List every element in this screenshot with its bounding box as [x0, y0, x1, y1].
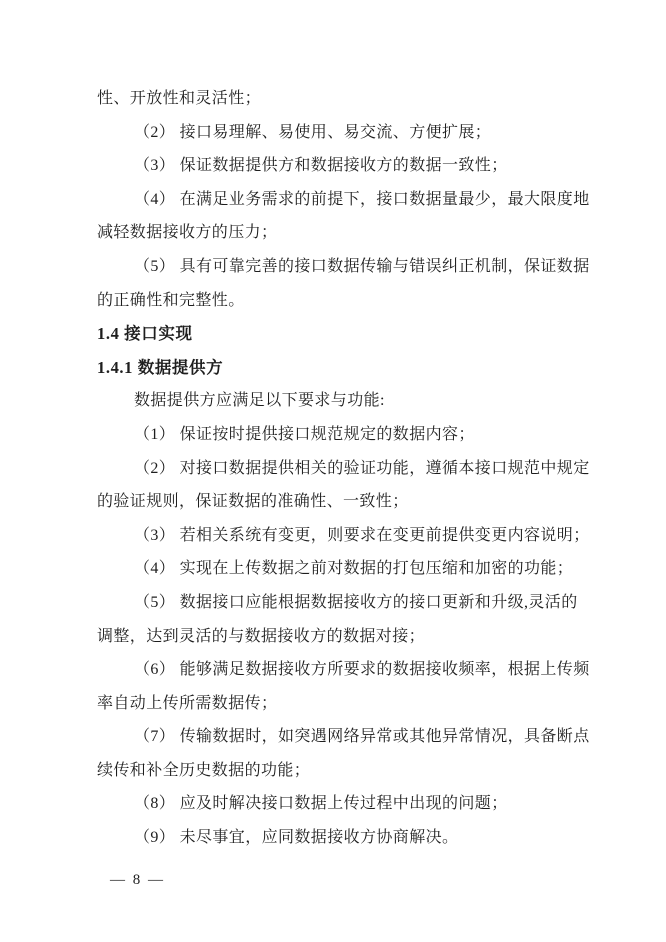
list-item-3: （3） 保证数据提供方和数据接收方的数据一致性； — [97, 149, 575, 183]
section-heading-1-4-1: 1.4.1 数据提供方 — [97, 351, 575, 385]
req-item-6-wrap: 率自动上传所需数据传； — [97, 687, 575, 721]
text-line-continued: 性、开放性和灵活性； — [97, 82, 575, 116]
req-item-8: （8） 应及时解决接口数据上传过程中出现的问题； — [97, 787, 575, 821]
req-item-9: （9） 未尽事宜，应同数据接收方协商解决。 — [97, 821, 575, 855]
req-item-3: （3） 若相关系统有变更，则要求在变更前提供变更内容说明； — [97, 519, 575, 553]
req-item-6: （6） 能够满足数据接收方所要求的数据接收频率，根据上传频 — [97, 653, 575, 687]
document-body: 性、开放性和灵活性； （2） 接口易理解、易使用、易交流、方便扩展； （3） 保… — [97, 82, 575, 855]
document-page: 性、开放性和灵活性； （2） 接口易理解、易使用、易交流、方便扩展； （3） 保… — [0, 0, 666, 942]
list-item-4: （4） 在满足业务需求的前提下，接口数据量最少，最大限度地 — [97, 183, 575, 217]
req-item-5: （5） 数据接口应能根据数据接收方的接口更新和升级,灵活的 — [97, 586, 575, 620]
list-item-5: （5） 具有可靠完善的接口数据传输与错误纠正机制，保证数据 — [97, 250, 575, 284]
req-item-2: （2） 对接口数据提供相关的验证功能，遵循本接口规范中规定 — [97, 452, 575, 486]
req-item-4: （4） 实现在上传数据之前对数据的打包压缩和加密的功能； — [97, 552, 575, 586]
req-item-2-wrap: 的验证规则，保证数据的准确性、一致性； — [97, 485, 575, 519]
req-item-5-wrap: 调整，达到灵活的与数据接收方的数据对接； — [97, 620, 575, 654]
req-item-7-wrap: 续传和补全历史数据的功能； — [97, 754, 575, 788]
list-item-5-wrap: 的正确性和完整性。 — [97, 284, 575, 318]
intro-sentence: 数据提供方应满足以下要求与功能: — [97, 384, 575, 418]
list-item-2: （2） 接口易理解、易使用、易交流、方便扩展； — [97, 116, 575, 150]
page-number: — 8 — — [110, 872, 165, 889]
list-item-4-wrap: 减轻数据接收方的压力； — [97, 216, 575, 250]
req-item-7: （7） 传输数据时，如突遇网络异常或其他异常情况，具备断点 — [97, 720, 575, 754]
req-item-1: （1） 保证按时提供接口规范规定的数据内容； — [97, 418, 575, 452]
section-heading-1-4: 1.4 接口实现 — [97, 317, 575, 351]
